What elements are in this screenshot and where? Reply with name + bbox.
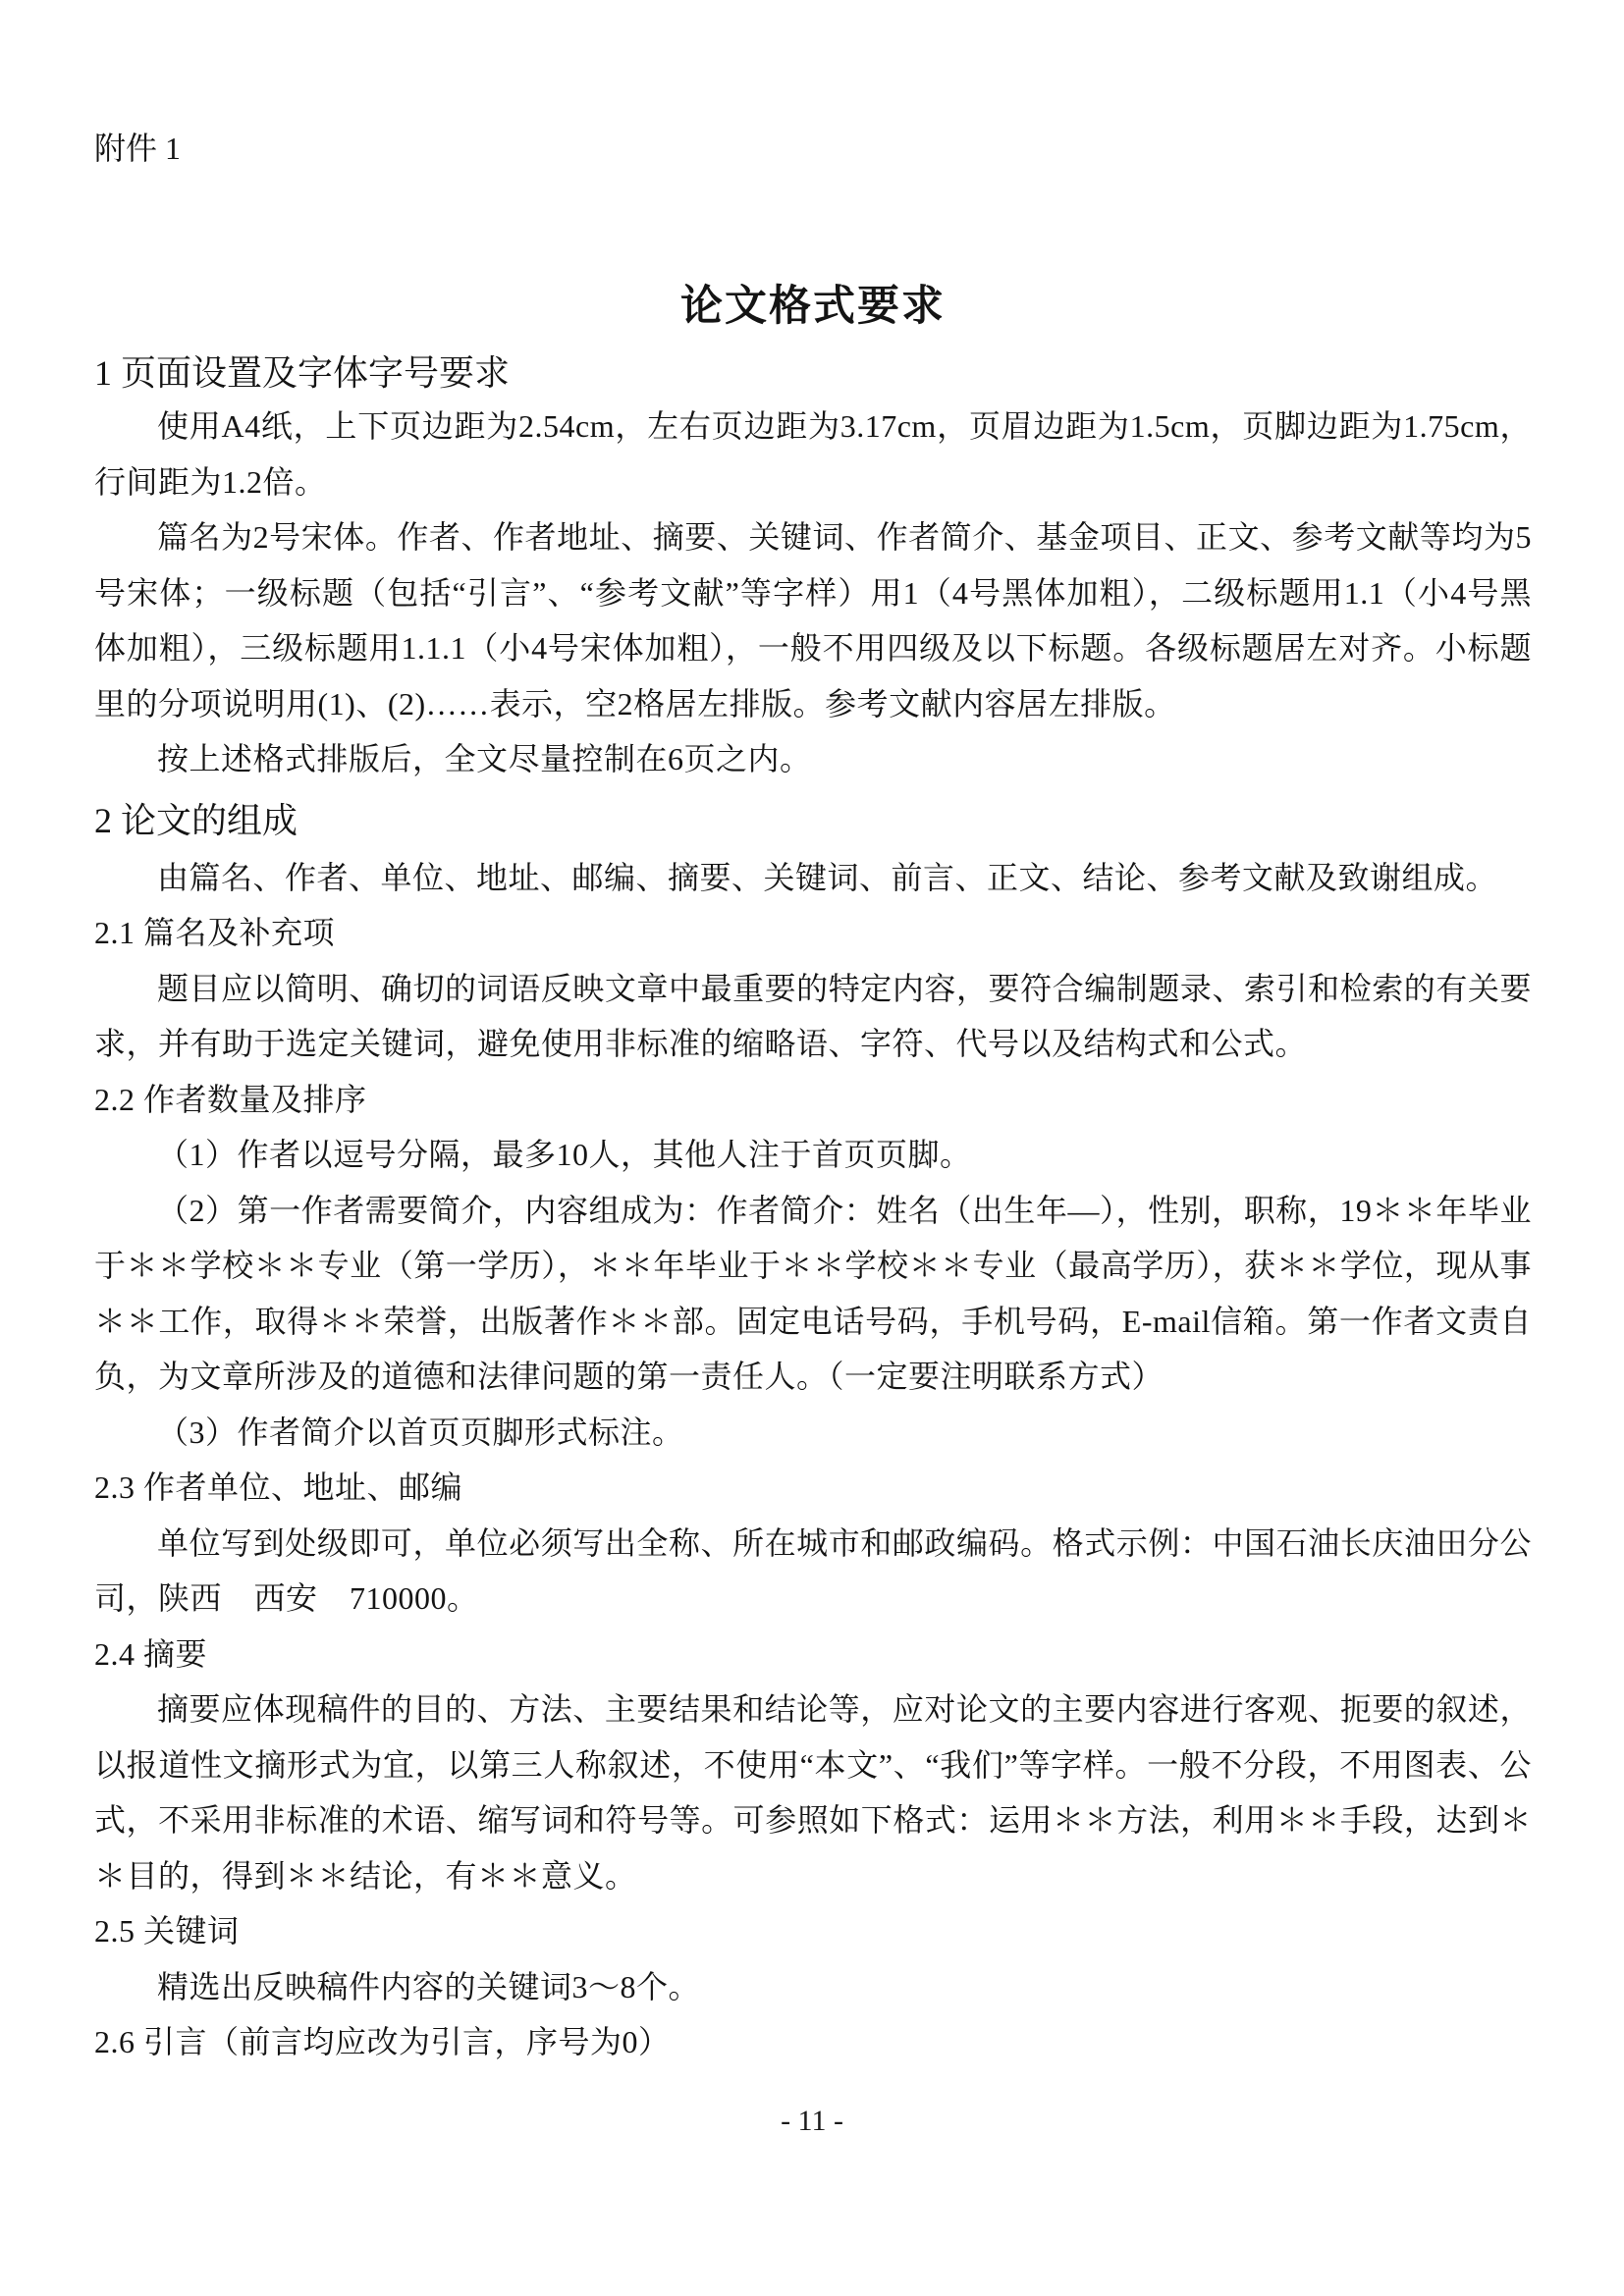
subsection-2-2-item-3: （3）作者简介以首页页脚形式标注。 — [94, 1405, 1532, 1461]
section-1-paragraph-3: 按上述格式排版后，全文尽量控制在6页之内。 — [94, 731, 1532, 787]
subsection-2-2-item-1: （1）作者以逗号分隔，最多10人，其他人注于首页页脚。 — [94, 1127, 1532, 1183]
section-1-paragraph-1: 使用A4纸，上下页边距为2.54cm，左右页边距为3.17cm，页眉边距为1.5… — [94, 399, 1532, 509]
subsection-2-4-heading: 2.4 摘要 — [94, 1627, 1532, 1682]
subsection-2-3-heading: 2.3 作者单位、地址、邮编 — [94, 1460, 1532, 1516]
subsection-2-1-heading: 2.1 篇名及补充项 — [94, 905, 1532, 961]
document-content: 附件 1 论文格式要求 1 页面设置及字体字号要求 使用A4纸，上下页边距为2.… — [94, 0, 1532, 2070]
subsection-2-6-heading: 2.6 引言（前言均应改为引言，序号为0） — [94, 2014, 1532, 2070]
subsection-2-5-heading: 2.5 关键词 — [94, 1903, 1532, 1959]
section-2-heading: 2 论文的组成 — [94, 795, 1532, 846]
attachment-label: 附件 1 — [94, 128, 1532, 169]
document-title: 论文格式要求 — [94, 279, 1532, 334]
section-2-intro: 由篇名、作者、单位、地址、邮编、摘要、关键词、前言、正文、结论、参考文献及致谢组… — [94, 850, 1532, 906]
document-page: 附件 1 论文格式要求 1 页面设置及字体字号要求 使用A4纸，上下页边距为2.… — [0, 0, 1624, 2296]
subsection-2-5-paragraph: 精选出反映稿件内容的关键词3～8个。 — [94, 1959, 1532, 2015]
subsection-2-2-heading: 2.2 作者数量及排序 — [94, 1072, 1532, 1128]
section-1-heading: 1 页面设置及字体字号要求 — [94, 347, 1532, 399]
section-1-paragraph-2: 篇名为2号宋体。作者、作者地址、摘要、关键词、作者简介、基金项目、正文、参考文献… — [94, 509, 1532, 731]
subsection-2-3-paragraph: 单位写到处级即可，单位必须写出全称、所在城市和邮政编码。格式示例：中国石油长庆油… — [94, 1516, 1532, 1627]
subsection-2-4-paragraph: 摘要应体现稿件的目的、方法、主要结果和结论等，应对论文的主要内容进行客观、扼要的… — [94, 1682, 1532, 1903]
subsection-2-1-paragraph: 题目应以简明、确切的词语反映文章中最重要的特定内容，要符合编制题录、索引和检索的… — [94, 961, 1532, 1072]
subsection-2-2-item-2: （2）第一作者需要简介，内容组成为：作者简介：姓名（出生年—），性别，职称，19… — [94, 1183, 1532, 1405]
page-number: - 11 - — [0, 2103, 1624, 2140]
